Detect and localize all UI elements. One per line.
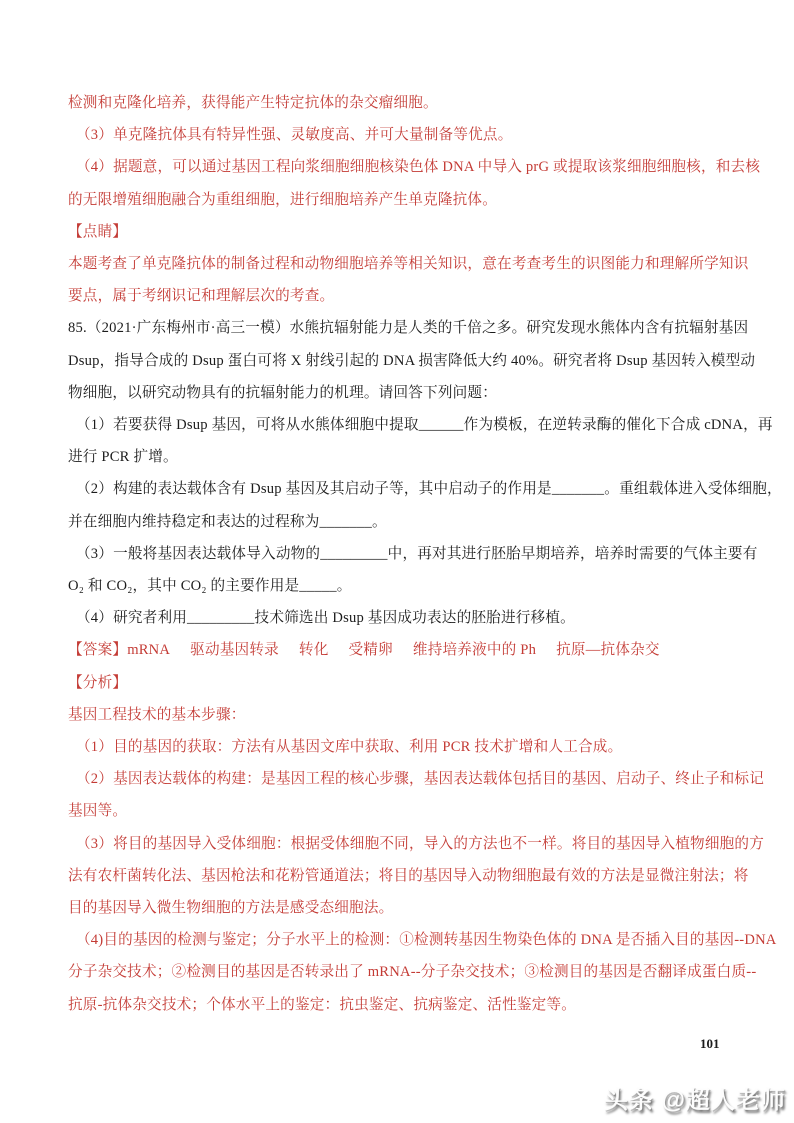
text-line: （3）单克隆抗体具有特异性强、灵敏度高、并可大量制备等优点。 <box>68 119 736 151</box>
answer-item: 驱动基因转录 <box>190 642 279 658</box>
watermark: 头条 @超人老师 <box>604 1080 786 1115</box>
text-line: （3）将目的基因导入受体细胞：根据受体细胞不同，导入的方法也不一样。将目的基因导… <box>68 828 736 860</box>
text-line: （2）构建的表达载体含有 Dsup 基因及其启动子等，其中启动子的作用是____… <box>68 473 736 505</box>
answer-item: 维持培养液中的 Ph <box>413 642 536 658</box>
answer-item: 转化 <box>299 642 329 658</box>
question-85-stem: 85.（2021·广东梅州市·高三一模）水熊抗辐射能力是人类的千倍之多。研究发现… <box>68 312 736 344</box>
text-line: 物细胞，以研究动物具有的抗辐射能力的机理。请回答下列问题： <box>68 377 736 409</box>
text-line: 抗原-抗体杂交技术；个体水平上的鉴定：抗虫鉴定、抗病鉴定、活性鉴定等。 <box>68 989 736 1021</box>
text-line: 本题考查了单克隆抗体的制备过程和动物细胞培养等相关知识，意在考查考生的识图能力和… <box>68 248 736 280</box>
text-line: 并在细胞内维持稳定和表达的过程称为_______。 <box>68 506 736 538</box>
text-line: O₂ 和 CO₂，其中 CO₂ 的主要作用是_____。 <box>68 570 736 602</box>
document-page: 检测和克隆化培养，获得能产生特定抗体的杂交瘤细胞。（3）单克隆抗体具有特异性强、… <box>0 0 794 1123</box>
text-line: 分子杂交技术；②检测目的基因是否转录出了 mRNA--分子杂交技术；③检测目的基… <box>68 956 736 988</box>
text-line: 基因工程技术的基本步骤： <box>68 699 736 731</box>
text-line: 要点，属于考纲识记和理解层次的考查。 <box>68 280 736 312</box>
text-line: （1）目的基因的获取：方法有从基因文库中获取、利用 PCR 技术扩增和人工合成。 <box>68 731 736 763</box>
text-line: 目的基因导入微生物细胞的方法是感受态细胞法。 <box>68 892 736 924</box>
text-line: （4)目的基因的检测与鉴定；分子水平上的检测：①检测转基因生物染色体的 DNA … <box>68 924 736 956</box>
text-line: 检测和克隆化培养，获得能产生特定抗体的杂交瘤细胞。 <box>68 87 736 119</box>
answer-item: mRNA <box>127 642 170 658</box>
page-number: 101 <box>700 1036 720 1052</box>
text-line: 的无限增殖细胞融合为重组细胞，进行细胞培养产生单克隆抗体。 <box>68 184 736 216</box>
answer-label: 【答案】 <box>68 642 127 658</box>
highlight-heading: 【点睛】 <box>68 216 736 248</box>
text-line: 法有农杆菌转化法、基因枪法和花粉管通道法；将目的基因导入动物细胞最有效的方法是显… <box>68 860 736 892</box>
document-body: 检测和克隆化培养，获得能产生特定抗体的杂交瘤细胞。（3）单克隆抗体具有特异性强、… <box>68 87 736 1021</box>
answer-item: 受精卵 <box>349 642 393 658</box>
text-line: （2）基因表达载体的构建：是基因工程的核心步骤，基因表达载体包括目的基因、启动子… <box>68 763 736 795</box>
answer-line: 【答案】mRNA驱动基因转录转化受精卵维持培养液中的 Ph抗原—抗体杂交 <box>68 634 736 666</box>
analysis-heading: 【分析】 <box>68 667 736 699</box>
text-line: 进行 PCR 扩增。 <box>68 441 736 473</box>
text-line: Dsup，指导合成的 Dsup 蛋白可将 X 射线引起的 DNA 损害降低大约 … <box>68 345 736 377</box>
text-line: （4）据题意，可以通过基因工程向浆细胞细胞核染色体 DNA 中导入 prG 或提… <box>68 151 736 183</box>
text-line: （3）一般将基因表达载体导入动物的_________中，再对其进行胚胎早期培养，… <box>68 538 736 570</box>
text-line: （4）研究者利用_________技术筛选出 Dsup 基因成功表达的胚胎进行移… <box>68 602 736 634</box>
text-line: 基因等。 <box>68 795 736 827</box>
text-line: （1）若要获得 Dsup 基因，可将从水熊体细胞中提取______作为模板，在逆… <box>68 409 736 441</box>
answer-item: 抗原—抗体杂交 <box>556 642 660 658</box>
